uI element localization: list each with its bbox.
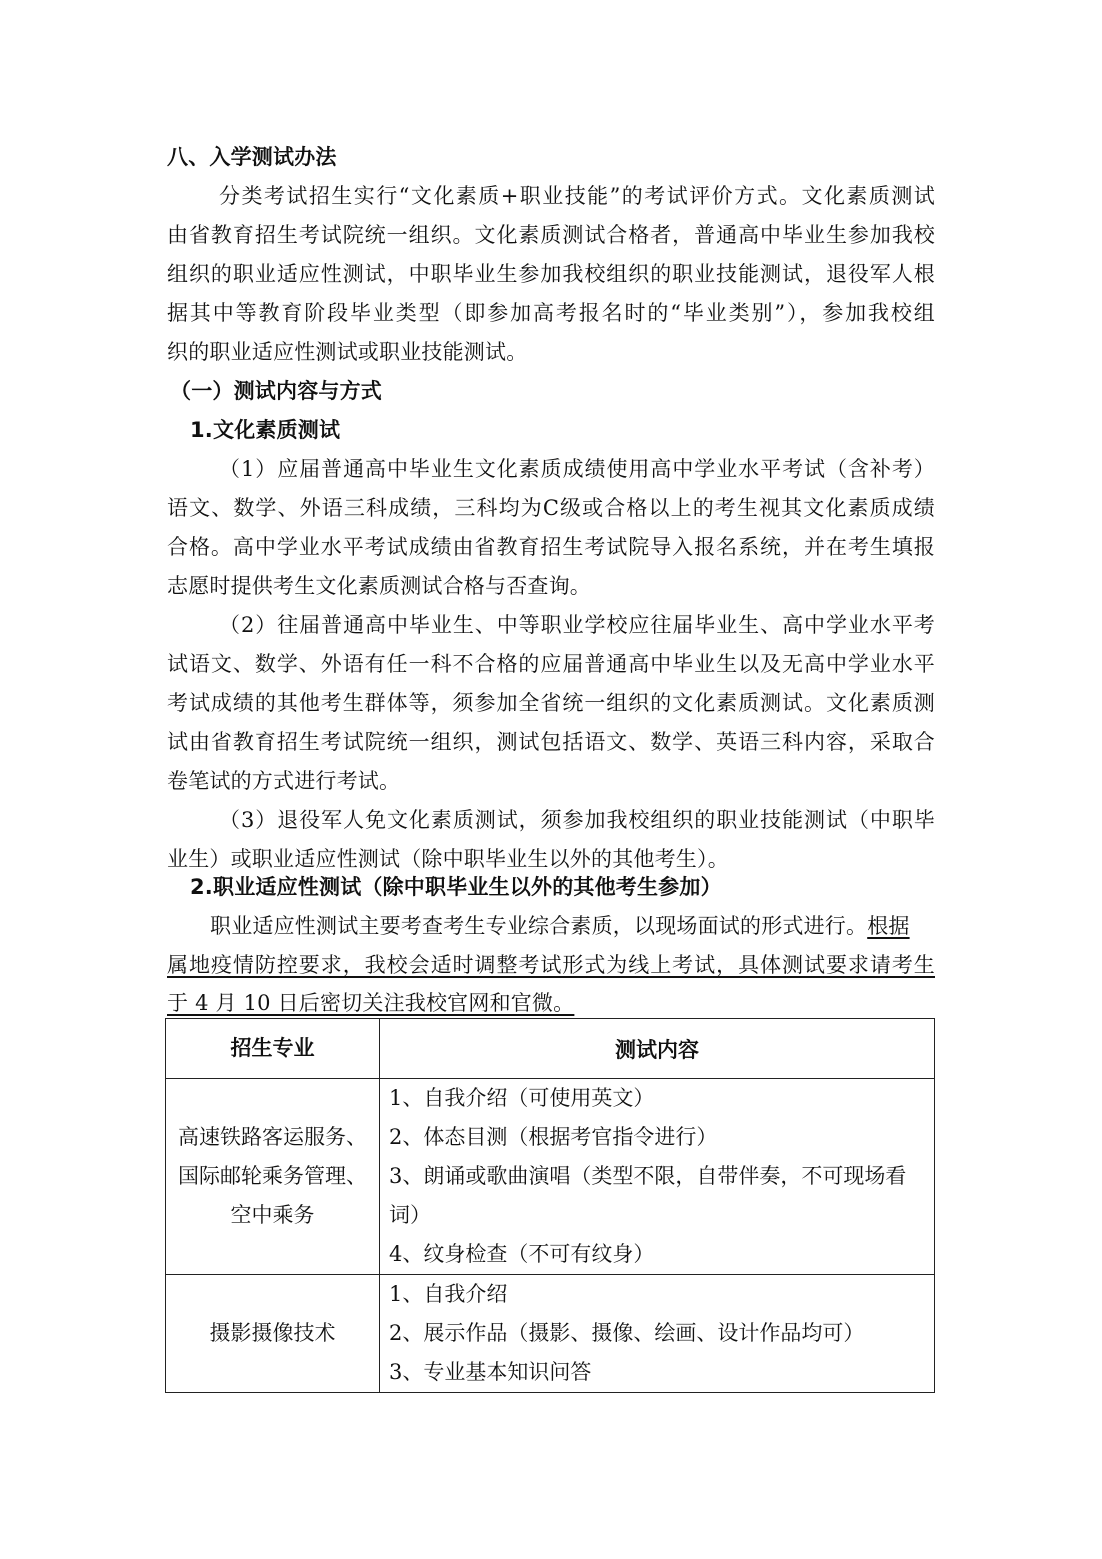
part2-line-2-underlined: 属地疫情防控要求，我校会适时调整考试形式为线上考试，具体测试要求请考生 — [167, 946, 935, 985]
test-content-table: 招生专业 测试内容 高速铁路客运服务、 国际邮轮乘务管理、 空中乘务 1、自我介… — [165, 1018, 935, 1393]
content-item: 词） — [389, 1196, 934, 1235]
content-item: 4、纹身检查（不可有纹身） — [389, 1235, 934, 1274]
part2-title: 2.职业适应性测试（除中职毕业生以外的其他考生参加） — [190, 868, 958, 907]
part1-p1-line-4: 志愿时提供考生文化素质测试合格与否查询。 — [167, 567, 935, 606]
content-cell: 1、自我介绍 2、展示作品（摄影、摄像、绘画、设计作品均可） 3、专业基本知识问… — [380, 1275, 935, 1393]
table-row: 高速铁路客运服务、 国际邮轮乘务管理、 空中乘务 1、自我介绍（可使用英文） 2… — [166, 1079, 935, 1275]
part1-p2-line-4: 试由省教育招生考试院统一组织，测试包括语文、数学、英语三科内容，采取合 — [167, 723, 935, 762]
content-item: 3、朗诵或歌曲演唱（类型不限，自带伴奏，不可现场看 — [389, 1157, 934, 1196]
major-line: 摄影摄像技术 — [166, 1314, 379, 1353]
part1-title: 1.文化素质测试 — [190, 411, 958, 450]
section-title: 八、入学测试办法 — [167, 138, 935, 177]
content-item: 3、专业基本知识问答 — [389, 1353, 934, 1392]
intro-line-4: 据其中等教育阶段毕业类型（即参加高考报名时的“毕业类别”），参加我校组 — [167, 294, 935, 333]
part1-p3-line-1: （3）退役军人免文化素质测试，须参加我校组织的职业技能测试（中职毕 — [219, 801, 935, 840]
content-item: 1、自我介绍（可使用英文） — [389, 1079, 934, 1118]
major-line: 空中乘务 — [166, 1196, 379, 1235]
major-cell: 高速铁路客运服务、 国际邮轮乘务管理、 空中乘务 — [166, 1079, 380, 1275]
intro-line-5: 织的职业适应性测试或职业技能测试。 — [167, 333, 935, 372]
part1-p1-line-2: 语文、数学、外语三科成绩，三科均为C级或合格以上的考生视其文化素质成绩 — [167, 489, 935, 528]
table-header-row: 招生专业 测试内容 — [166, 1019, 935, 1079]
document-page: 八、入学测试办法 分类考试招生实行“文化素质+职业技能”的考试评价方式。文化素质… — [0, 0, 1102, 1559]
part1-p1-line-1: （1）应届普通高中毕业生文化素质成绩使用高中学业水平考试（含补考） — [219, 450, 935, 489]
content-item: 2、展示作品（摄影、摄像、绘画、设计作品均可） — [389, 1314, 934, 1353]
major-line: 国际邮轮乘务管理、 — [166, 1157, 379, 1196]
part1-p2-line-3: 考试成绩的其他考生群体等，须参加全省统一组织的文化素质测试。文化素质测 — [167, 684, 935, 723]
part1-p1-line-3: 合格。高中学业水平考试成绩由省教育招生考试院导入报名系统，并在考生填报 — [167, 528, 935, 567]
part1-p2-line-2: 试语文、数学、外语有任一科不合格的应届普通高中毕业生以及无高中学业水平 — [167, 645, 935, 684]
intro-line-3: 组织的职业适应性测试，中职毕业生参加我校组织的职业技能测试，退役军人根 — [167, 255, 935, 294]
part1-p2-line-5: 卷笔试的方式进行考试。 — [167, 762, 935, 801]
header-major: 招生专业 — [166, 1019, 380, 1079]
intro-line-1: 分类考试招生实行“文化素质+职业技能”的考试评价方式。文化素质测试 — [219, 177, 935, 216]
part2-line-1-underlined: 根据 — [867, 914, 909, 938]
header-content: 测试内容 — [380, 1019, 935, 1079]
intro-line-2: 由省教育招生考试院统一组织。文化素质测试合格者，普通高中毕业生参加我校 — [167, 216, 935, 255]
content-item: 2、体态目测（根据考官指令进行） — [389, 1118, 934, 1157]
content-cell: 1、自我介绍（可使用英文） 2、体态目测（根据考官指令进行） 3、朗诵或歌曲演唱… — [380, 1079, 935, 1275]
content-item: 1、自我介绍 — [389, 1275, 934, 1314]
subsection-title: （一）测试内容与方式 — [170, 372, 938, 411]
part2-line-1: 职业适应性测试主要考查考生专业综合素质，以现场面试的形式进行。根据 — [210, 907, 935, 946]
major-cell: 摄影摄像技术 — [166, 1275, 380, 1393]
part1-p2-line-1: （2）往届普通高中毕业生、中等职业学校应往届毕业生、高中学业水平考 — [219, 606, 935, 645]
major-line: 高速铁路客运服务、 — [166, 1118, 379, 1157]
table-row: 摄影摄像技术 1、自我介绍 2、展示作品（摄影、摄像、绘画、设计作品均可） 3、… — [166, 1275, 935, 1393]
part2-line-1-plain: 职业适应性测试主要考查考生专业综合素质，以现场面试的形式进行。 — [210, 914, 867, 938]
